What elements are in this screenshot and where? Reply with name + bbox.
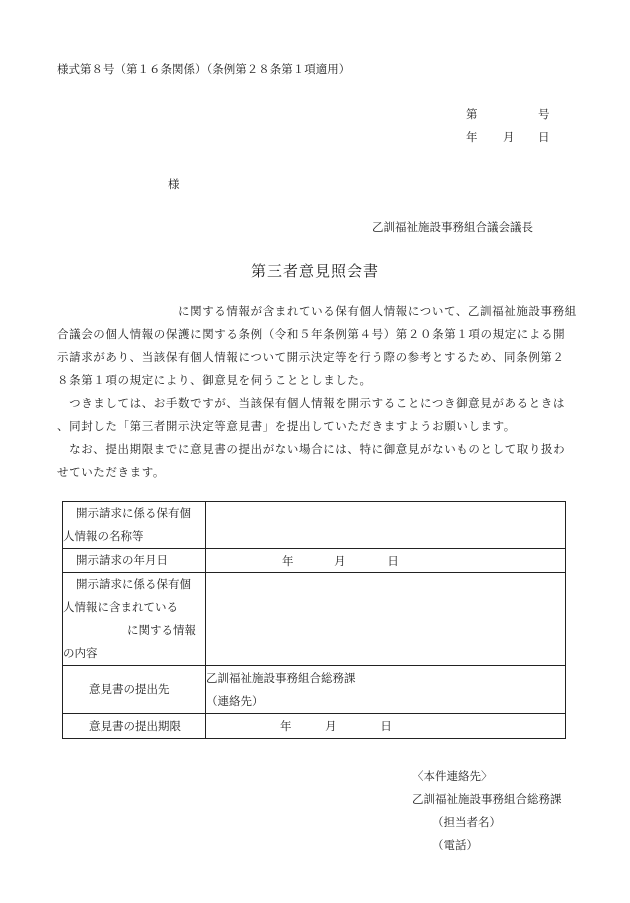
contact-person: （担当者名） <box>412 811 562 834</box>
contact-heading: 〈本件連絡先〉 <box>412 765 562 788</box>
form-number: 様式第８号（第１６条関係）（条例第２８条第１項適用） <box>57 61 350 77</box>
row-label: 意見書の提出先 <box>63 666 206 714</box>
row-value-field[interactable] <box>206 502 566 549</box>
doc-no-suffix: 号 <box>538 106 550 122</box>
body-line: なお、提出期限までに意見書の提出がない場合には、特に御意見がないものとして取り扱… <box>57 438 577 461</box>
body-line: 、同封した「第三者開示決定等意見書」を提出していただきますようお願いします。 <box>57 415 577 438</box>
body-line: に関する情報が含まれている保有個人情報について、乙訓福祉施設事務組 <box>57 300 577 323</box>
table-row: 開示請求に係る保有個 人情報に含まれている に関する情報 の内容 <box>63 573 566 666</box>
request-date-field[interactable]: 年 月 日 <box>206 549 566 573</box>
page-title: 第三者意見照会書 <box>0 260 630 281</box>
table-row: 開示請求に係る保有個 人情報の名称等 <box>63 502 566 549</box>
body-line: つきましては、お手数ですが、当該保有個人情報を開示することにつき御意見があるとき… <box>57 392 577 415</box>
doc-no-prefix: 第 <box>466 106 478 122</box>
info-table: 開示請求に係る保有個 人情報の名称等 開示請求の年月日 年 月 日 開示請求に係… <box>62 501 566 739</box>
body-line: 示請求があり、当該保有個人情報について開示決定等を行う際の参考とするため、同条例… <box>57 346 577 369</box>
body-text: に関する情報が含まれている保有個人情報について、乙訓福祉施設事務組 合議会の個人… <box>57 300 577 484</box>
addressee: 様 <box>168 176 180 192</box>
contact-block: 〈本件連絡先〉 乙訓福祉施設事務組合総務課 （担当者名） （電話） <box>412 765 562 857</box>
body-line: せていただきます。 <box>57 461 577 484</box>
sender-name: 乙訓福祉施設事務組合議会議長 <box>372 219 533 235</box>
table-row: 意見書の提出期限 年 月 日 <box>63 714 566 739</box>
body-line: ８条第１項の規定により、御意見を伺うこととしました。 <box>57 369 577 392</box>
contact-department: 乙訓福祉施設事務組合総務課 <box>412 788 562 811</box>
table-row: 開示請求の年月日 年 月 日 <box>63 549 566 573</box>
contact-phone: （電話） <box>412 834 562 857</box>
deadline-date-field[interactable]: 年 月 日 <box>206 714 566 739</box>
row-label: 開示請求に係る保有個 人情報の名称等 <box>63 502 206 549</box>
row-label: 意見書の提出期限 <box>63 714 206 739</box>
row-label: 開示請求の年月日 <box>63 549 206 573</box>
date-year: 年 <box>466 129 478 145</box>
date-month: 月 <box>503 129 515 145</box>
body-line: 合議会の個人情報の保護に関する条例（令和５年条例第４号）第２０条第１項の規定によ… <box>57 323 577 346</box>
date-day: 日 <box>538 129 550 145</box>
row-label: 開示請求に係る保有個 人情報に含まれている に関する情報 の内容 <box>63 573 206 666</box>
table-row: 意見書の提出先 乙訓福祉施設事務組合総務課 （連絡先） <box>63 666 566 714</box>
submission-destination: 乙訓福祉施設事務組合総務課 （連絡先） <box>206 666 566 714</box>
row-value-field[interactable] <box>206 573 566 666</box>
